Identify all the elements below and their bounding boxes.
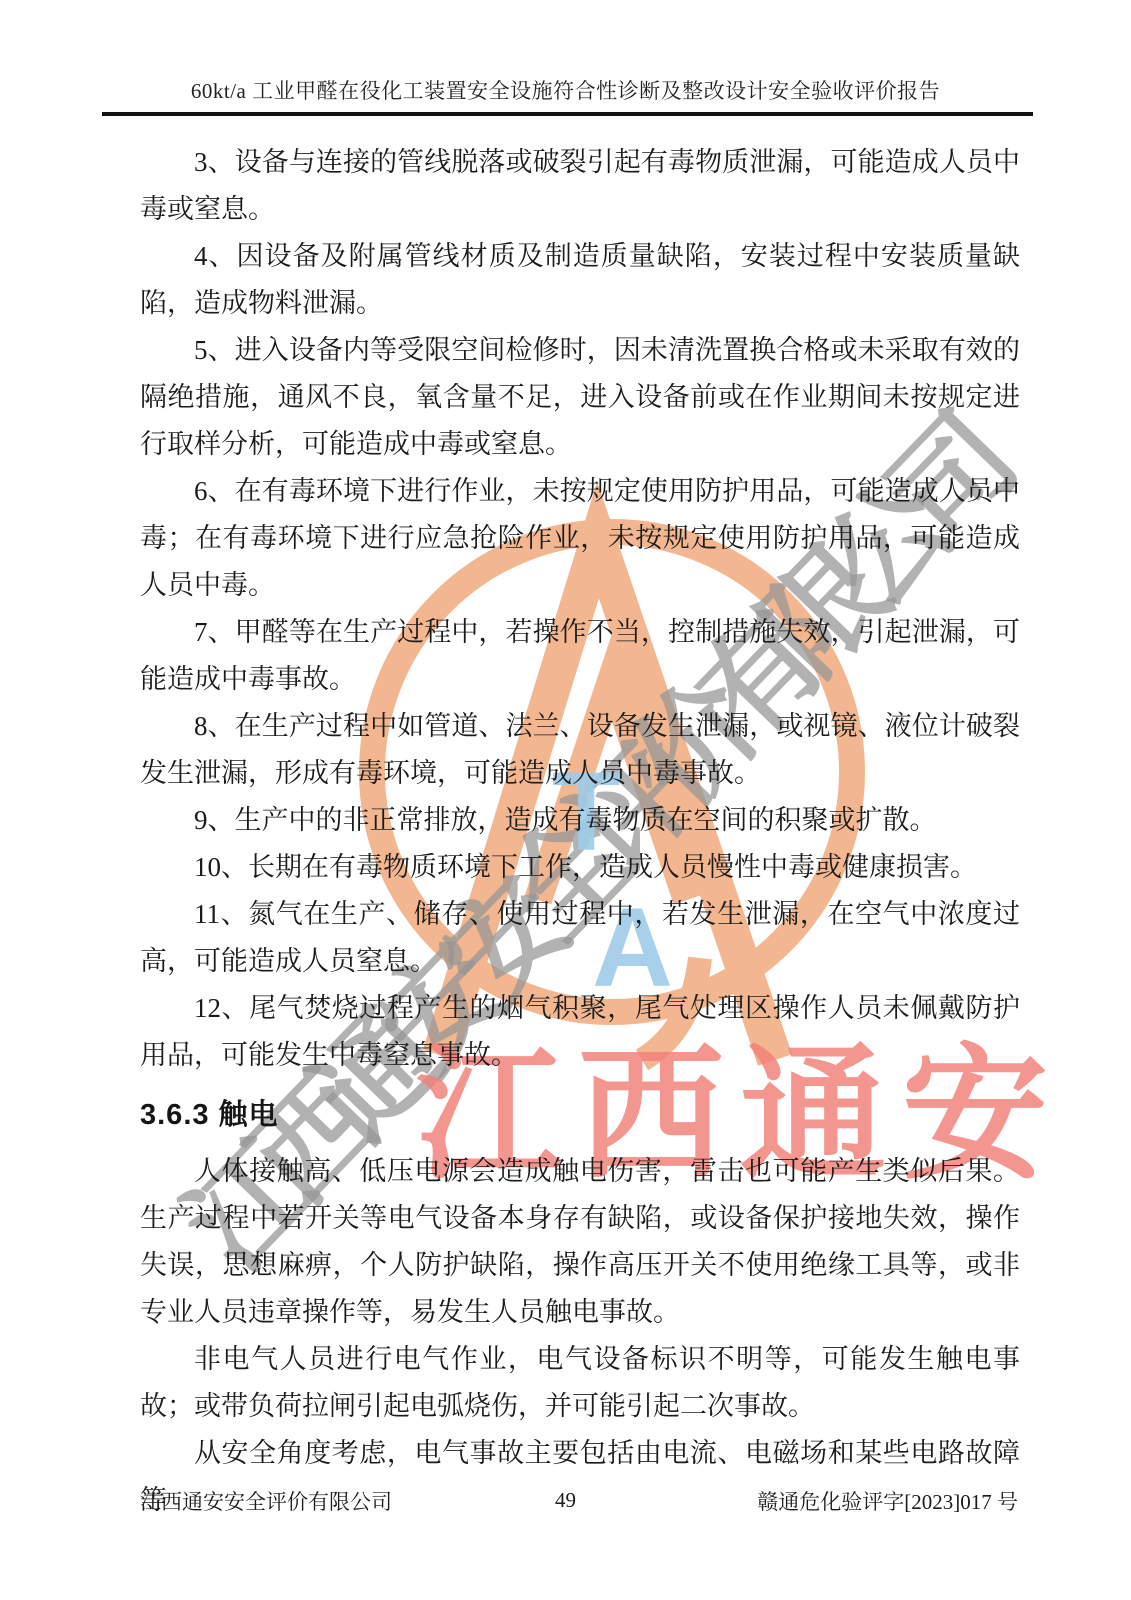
hazard-paragraph-list: 3、设备与连接的管线脱落或破裂引起有毒物质泄漏，可能造成人员中毒或窒息。4、因设… [140,139,1020,1079]
header-title: 60kt/a 工业甲醛在役化工装置安全设施符合性诊断及整改设计安全验收评价报告 [0,76,1131,106]
paragraph: 10、长期在有毒物质环境下工作，造成人员慢性中毒或健康损害。 [140,844,1020,891]
paragraph: 4、因设备及附属管线材质及制造质量缺陷，安装过程中安装质量缺陷，造成物料泄漏。 [140,233,1020,327]
paragraph: 8、在生产过程中如管道、法兰、设备发生泄漏，或视镜、液位计破裂发生泄漏，形成有毒… [140,703,1020,797]
body-text: 3、设备与连接的管线脱落或破裂引起有毒物质泄漏，可能造成人员中毒或窒息。4、因设… [140,139,1020,1524]
paragraph: 12、尾气焚烧过程产生的烟气积聚，尾气处理区操作人员未佩戴防护用品，可能发生中毒… [140,985,1020,1079]
paragraph: 6、在有毒环境下进行作业，未按规定使用防护用品，可能造成人员中毒；在有毒环境下进… [140,468,1020,609]
paragraph: 9、生产中的非正常排放，造成有毒物质在空间的积聚或扩散。 [140,797,1020,844]
section-heading: 3.6.3 触电 [140,1092,1020,1139]
paragraph: 7、甲醛等在生产过程中，若操作不当，控制措施失效，引起泄漏，可能造成中毒事故。 [140,609,1020,703]
paragraph: 11、氮气在生产、储存、使用过程中，若发生泄漏，在空气中浓度过高，可能造成人员窒… [140,891,1020,985]
paragraph: 人体接触高、低压电源会造成触电伤害，雷击也可能产生类似后果。生产过程中若开关等电… [140,1148,1020,1336]
paragraph: 非电气人员进行电气作业，电气设备标识不明等，可能发生触电事故；或带负荷拉闸引起电… [140,1336,1020,1430]
electric-shock-paragraph-list: 人体接触高、低压电源会造成触电伤害，雷击也可能产生类似后果。生产过程中若开关等电… [140,1148,1020,1524]
page-footer: 江西通安安全评价有限公司 49 赣通危化验评字[2023]017 号 [0,1486,1131,1518]
paragraph: 3、设备与连接的管线脱落或破裂引起有毒物质泄漏，可能造成人员中毒或窒息。 [140,139,1020,233]
footer-doc-number: 赣通危化验评字[2023]017 号 [757,1486,1018,1516]
document-page: 江西通安安全评价有限公司 T A 江西通安 60kt/a 工业甲醛在役化工装置安… [0,0,1131,1600]
header-rule [102,112,1033,116]
paragraph: 5、进入设备内等受限空间检修时，因未清洗置换合格或未采取有效的隔绝措施，通风不良… [140,327,1020,468]
